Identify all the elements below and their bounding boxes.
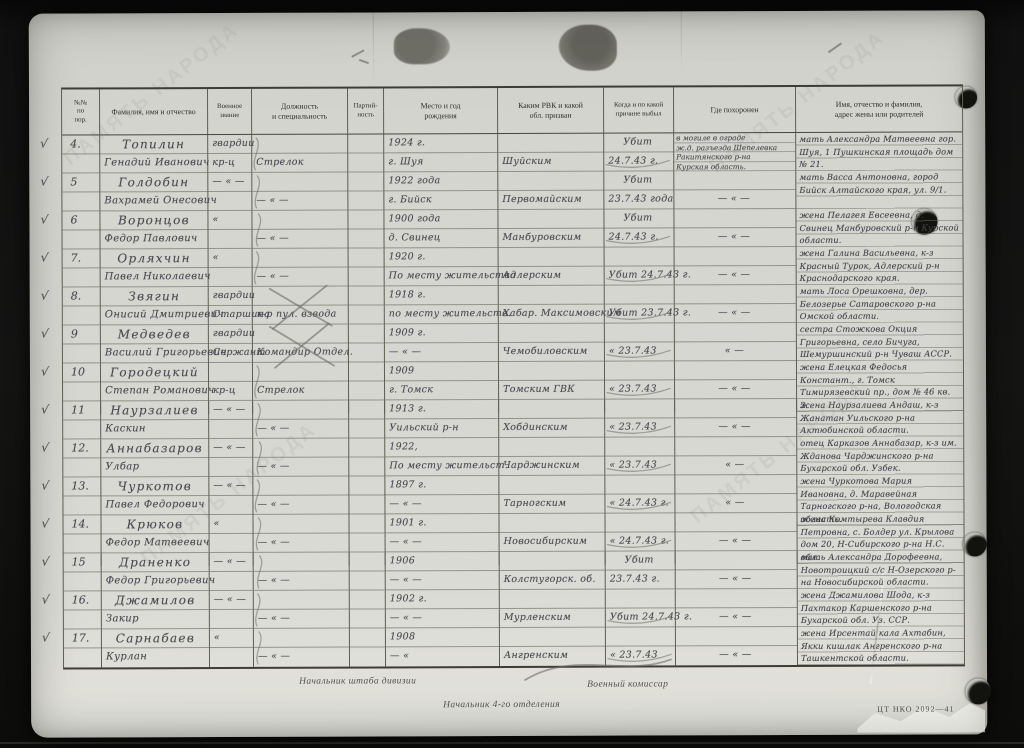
cell-name: ДжамиловЗакир <box>102 591 210 629</box>
surname: Городецкий <box>101 363 208 382</box>
pen-scratch <box>351 49 364 57</box>
rank-line-1: « <box>208 211 251 230</box>
born-place: — « <box>386 647 499 666</box>
born-year: 1922 года <box>384 172 497 191</box>
cell-name: ТопилинГенадий Иванович <box>100 135 208 173</box>
check-mark: √ <box>41 554 50 569</box>
ruled-line <box>500 628 605 647</box>
cell-buried: — « — <box>674 209 796 248</box>
cell-name: ДраненкоФедор Григорьевич <box>102 553 210 591</box>
ruled-line <box>254 629 349 648</box>
check-mark: √ <box>40 250 49 265</box>
rank-line-1: гвардии <box>209 287 252 306</box>
entry-number: 11 <box>63 401 100 420</box>
ruled-line <box>63 496 100 515</box>
ruled-line <box>350 552 385 571</box>
ruled-line <box>676 551 797 570</box>
cell-born: 1902 г.— « — <box>386 590 500 629</box>
header-rank: Военное звание <box>208 89 252 134</box>
buried-ditto: — « — <box>674 228 795 247</box>
ink-blot <box>559 25 617 71</box>
table-row: √14.КрюковФедор Матвеевич«— « —1901 г.— … <box>63 512 963 553</box>
cell-number: 17. <box>64 629 102 667</box>
ruled-line <box>254 553 349 572</box>
surname: Воронцов <box>100 211 207 230</box>
cell-born: 1906— « — <box>386 552 500 591</box>
rank-line-1: « <box>210 629 253 648</box>
ruled-line <box>253 325 348 344</box>
cell-family: мать Васса Антоновна, город Бийск Алтайс… <box>796 170 962 209</box>
cell-when: Убит 24.7.43 г. <box>605 247 675 285</box>
position: — « — <box>254 610 349 629</box>
rank-line-2: Старшина <box>209 306 252 325</box>
cell-rank: « <box>208 211 252 249</box>
losses-table: №№ по пор. Фамилия, имя и отчество Военн… <box>61 84 965 669</box>
ruled-line <box>254 591 349 610</box>
buried-ditto: — « — <box>675 304 796 323</box>
cell-rank: гвардииСтаршина <box>209 287 253 325</box>
signature-chief-4th-dept: Начальник 4-го отделения <box>443 700 560 711</box>
cell-born: 1900 годад. Свинец <box>384 210 498 249</box>
born-place: г. Шуя <box>384 153 497 172</box>
cell-name: СарнабаевКурлан <box>102 629 210 667</box>
born-year: 1906 <box>386 552 499 571</box>
ruled-line <box>350 571 385 590</box>
cell-buried: — « — <box>676 551 798 590</box>
check-mark: √ <box>40 326 49 341</box>
ruled-line <box>499 324 604 343</box>
when-line-2: « 24.7.43 г. <box>605 494 674 513</box>
entry-number: 10 <box>63 363 100 382</box>
given-names: Павел Федорович <box>101 496 208 515</box>
rank-line-2 <box>210 572 253 591</box>
buried-line: Ракитянского р-на <box>674 152 795 162</box>
rank-line-2 <box>210 610 253 629</box>
punch-hole <box>965 678 991 704</box>
cell-rvk: Чарджинским <box>499 438 605 476</box>
ruled-line <box>350 609 385 628</box>
header-when: Когда и по какой причине выбыл <box>604 87 674 132</box>
surname: Чуркотов <box>101 477 208 496</box>
cell-number: 8. <box>63 287 101 325</box>
ruled-line <box>348 153 383 172</box>
buried-line: Курская область. <box>674 161 795 171</box>
given-names: Павел Николаевич <box>101 268 208 287</box>
header-born: Место и год рождения <box>384 88 498 133</box>
ruled-line <box>349 457 384 476</box>
check-mark: √ <box>41 516 50 531</box>
position: Командир Отдел. <box>253 344 348 363</box>
scanner-seam <box>0 742 1024 744</box>
table-row: √10ГородецкийСтепан Романовичкр-цСтрелок… <box>63 360 963 401</box>
rvk: Чемобиловским <box>499 343 604 362</box>
ruled-line <box>676 627 797 646</box>
born-year: 1913 г. <box>385 400 498 419</box>
cell-born: 1913 г.Уильский р-н <box>385 400 499 439</box>
rvk: Тарногским <box>499 495 604 514</box>
ruled-line <box>63 344 100 363</box>
check-mark: √ <box>40 212 49 227</box>
cell-position: — « — <box>254 591 350 629</box>
ruled-line <box>62 230 99 249</box>
cell-party <box>349 324 385 362</box>
family-address: жена Наурзалиева Андаш, к-з Жанатан Уиль… <box>797 398 963 437</box>
ruled-line <box>252 135 347 154</box>
given-names: Василий Григорьевич <box>101 344 208 363</box>
when-line-2: « 24.7.43 г. <box>606 532 675 551</box>
ruled-line <box>348 191 383 210</box>
document-page: ПАМЯТЬ НАРОДА ПАМЯТЬ НАРОДА ПАМЯТЬ НАРОД… <box>29 10 988 737</box>
position: — « — <box>253 496 348 515</box>
cell-name: АннабазаровУлбар <box>101 439 209 477</box>
ruled-line <box>63 420 100 439</box>
born-year: 1902 г. <box>386 590 499 609</box>
given-names: Вахрамей Онесович <box>100 192 207 211</box>
cell-name: ГолдобинВахрамей Онесович <box>100 173 208 211</box>
born-place: г. Томск <box>385 381 498 400</box>
cell-number: 15 <box>64 553 102 591</box>
check-mark: √ <box>40 478 49 493</box>
cell-family: жена Джамилова Шода, к-з Пахтакор Каршен… <box>798 588 964 627</box>
rank-line-2 <box>208 192 251 211</box>
when-line-2: « 23.7.43 <box>605 342 674 361</box>
cell-when: « 23.7.43 <box>605 437 675 475</box>
rank-line-2 <box>209 496 252 515</box>
header-buried: Где похоронен <box>674 87 796 132</box>
ruled-line <box>253 477 348 496</box>
table-row: √15ДраненкоФедор Григорьевич— « —— « —19… <box>64 550 964 591</box>
table-row: √11НаурзалиевКаскин— « —— « —1913 г.Уиль… <box>63 398 963 439</box>
rvk: Первомайским <box>498 191 603 210</box>
born-year: 1909 <box>385 362 498 381</box>
surname: Драненко <box>102 553 209 572</box>
ruled-line <box>349 305 384 324</box>
ruled-line <box>348 210 383 229</box>
ruled-line <box>64 648 101 667</box>
ruled-line <box>62 192 99 211</box>
ruled-line <box>62 154 99 173</box>
cell-born: 1922 годаг. Бийск <box>384 172 498 210</box>
ruled-line <box>63 268 100 287</box>
ruled-line <box>349 381 384 400</box>
scanner-background: ПАМЯТЬ НАРОДА ПАМЯТЬ НАРОДА ПАМЯТЬ НАРОД… <box>0 0 1024 748</box>
ruled-line <box>349 476 384 495</box>
table-row: √8.ЗвягинОнисий ДмитриевичгвардииСтаршин… <box>63 284 963 325</box>
ruled-line <box>499 476 604 495</box>
cell-buried: — « — <box>676 589 798 628</box>
cell-buried: — « — <box>676 627 798 666</box>
rank-line-2 <box>210 534 253 553</box>
buried-ditto: — « — <box>675 418 796 437</box>
when-line-1 <box>605 285 674 304</box>
ruled-line <box>499 248 604 267</box>
entry-number: 9 <box>63 325 100 344</box>
cell-position: — « — <box>253 401 349 439</box>
header-rvk: Каким РВК и какой обл. призван <box>498 88 604 133</box>
given-names: Улбар <box>101 458 208 477</box>
cell-rank: — « — <box>210 553 254 591</box>
cell-family: жена Наурзалиева Андаш, к-з Жанатан Уиль… <box>797 398 963 437</box>
ruled-line <box>675 437 796 456</box>
ruled-line <box>675 513 796 532</box>
rank-line-2 <box>210 648 253 667</box>
when-line-2: Убит 24.7.43 г. <box>605 266 674 285</box>
ruled-line <box>63 382 100 401</box>
cell-number: 7. <box>63 249 101 287</box>
table-row: √13.ЧуркотовПавел Федорович— « —— « —189… <box>63 474 963 515</box>
cell-born: 1918 г.по месту жительств. <box>385 286 499 325</box>
surname: Джамилов <box>102 591 209 610</box>
position: — « — <box>254 572 349 591</box>
ruled-line <box>350 628 385 647</box>
position: Стрелок <box>252 154 347 173</box>
rvk: Шуйским <box>498 153 603 172</box>
buried-line: в могиле в ограде <box>674 133 795 143</box>
cell-rank: гвардиикр-ц <box>208 135 252 173</box>
ruled-line <box>253 401 348 420</box>
form-imprint: ЦТ НКО 2092—41 <box>877 704 954 713</box>
fold-crease <box>681 11 682 71</box>
born-year: 1920 г. <box>385 248 498 267</box>
cell-position: — « — <box>253 439 349 477</box>
cell-party <box>349 286 385 324</box>
family-address: жена Галина Васильевна, к-з Красный Туро… <box>797 246 963 285</box>
cell-rvk: Колстугорск. об. <box>500 552 606 590</box>
given-names: Генадий Иванович <box>100 154 207 173</box>
ruled-line <box>499 362 604 381</box>
entry-number: 5 <box>62 173 99 192</box>
cell-rvk: Хабар. Максимовским <box>499 286 605 324</box>
cell-when: « 23.7.43 <box>605 399 675 437</box>
ruled-line <box>253 287 348 306</box>
rank-line-2 <box>209 458 252 477</box>
position: — « — <box>253 420 348 439</box>
given-names: Курлан <box>102 648 209 667</box>
cell-rank: — « — <box>210 591 254 629</box>
born-place: г. Бийск <box>384 191 497 210</box>
table-row: √5ГолдобинВахрамей Онесович— « —— « —192… <box>62 170 962 211</box>
entry-number: 6 <box>62 211 99 230</box>
cell-rank: — « — <box>209 401 253 439</box>
born-year: 1918 г. <box>385 286 498 305</box>
table-row: √4.ТопилинГенадий Ивановичгвардиикр-цСтр… <box>62 132 962 173</box>
cell-when: « 23.7.43 <box>605 323 675 361</box>
cell-number: 12. <box>63 439 101 477</box>
ruled-line <box>349 248 384 267</box>
when-line-1 <box>606 589 675 608</box>
ruled-line <box>349 400 384 419</box>
position: — « — <box>253 268 348 287</box>
ruled-line <box>63 306 100 325</box>
ruled-line <box>350 533 385 552</box>
entry-number: 17. <box>64 629 101 648</box>
rank-line-1: гвардии <box>209 325 252 344</box>
rank-line-2 <box>209 420 252 439</box>
cell-family: мать Александра Дорофеевна, Новотроицкий… <box>798 550 964 589</box>
cell-position: — « — <box>254 629 350 667</box>
family-address: жена Джамилова Шода, к-з Пахтакор Каршен… <box>798 588 964 627</box>
cell-number: 6 <box>62 211 100 249</box>
given-names: Закир <box>102 610 209 629</box>
table-row: √17.СарнабаевКурлан«— « —1908— «Ангренск… <box>64 626 964 667</box>
ruled-line <box>350 590 385 609</box>
ruled-line <box>676 589 797 608</box>
cell-family: жена Пелагея Евсеевна, д. Свинец Манбуро… <box>796 208 962 247</box>
when-line-1: Убит <box>606 551 675 570</box>
born-place: — « — <box>386 533 499 552</box>
cell-buried: « — <box>675 323 797 362</box>
cell-name: ОрляхчинПавел Николаевич <box>101 249 209 287</box>
cell-rank: гвардииСержант <box>209 325 253 363</box>
buried-ditto: — « — <box>675 380 796 399</box>
buried-ditto: — « — <box>674 190 795 209</box>
cell-number: 9 <box>63 325 101 363</box>
ruled-line <box>675 285 796 304</box>
ruled-line <box>498 134 603 153</box>
when-line-2: « 23.7.43 <box>606 646 675 665</box>
rvk: Чарджинским <box>499 457 604 476</box>
when-line-2: 23.7.43 г. <box>606 570 675 589</box>
when-line-2: Убит 24.7.43 г. <box>606 608 675 627</box>
born-place: д. Свинец <box>384 229 497 248</box>
position: — « — <box>253 458 348 477</box>
cell-family: жена Ирсентай кала Ахтабин, Якки кишлак … <box>798 626 964 665</box>
born-year: 1901 г. <box>385 514 498 533</box>
cell-party <box>350 590 386 628</box>
when-line-1 <box>605 361 674 380</box>
rank-line-1: « <box>209 515 252 534</box>
family-address: сестра Стожкова Окция Григорьевна, село … <box>797 322 963 361</box>
ruled-line <box>64 534 101 553</box>
family-address: отец Карказов Аннабазар, к-з им. Жданова… <box>797 436 963 475</box>
table-header-row: №№ по пор. Фамилия, имя и отчество Военн… <box>62 86 962 135</box>
family-address: жена Ирсентай кала Ахтабин, Якки кишлак … <box>798 626 964 665</box>
rank-line-2: кр-ц <box>209 382 252 401</box>
born-place: — « — <box>386 609 499 628</box>
ruled-line <box>498 172 603 191</box>
ruled-line <box>675 247 796 266</box>
cell-number: 5 <box>62 173 100 211</box>
when-line-1: Убит <box>604 209 673 228</box>
rank-line-2: кр-ц <box>208 154 251 173</box>
entry-number: 15 <box>64 553 101 572</box>
born-place: По месту жительст. <box>385 457 498 476</box>
ruled-line <box>349 267 384 286</box>
born-place: — « — <box>386 571 499 590</box>
check-mark: √ <box>40 288 49 303</box>
ruled-line <box>675 361 796 380</box>
rank-line-1: — « — <box>210 553 253 572</box>
cell-name: МедведевВасилий Григорьевич <box>101 325 209 363</box>
rank-line-1: — « — <box>210 591 253 610</box>
when-line-1 <box>605 437 674 456</box>
cell-buried: — « — <box>675 399 797 438</box>
when-line-2: Убит 23.7.43 г. <box>605 304 674 323</box>
family-address: мать Лоса Орешковна, дер. Белозерье Сата… <box>797 284 963 323</box>
rvk: Мурленским <box>500 609 605 628</box>
cell-position: к-р пул. взвода <box>253 287 349 325</box>
surname: Сарнабаев <box>102 629 209 648</box>
ruled-line <box>499 514 604 533</box>
ruled-line <box>498 210 603 229</box>
ruled-line <box>349 343 384 362</box>
ruled-line <box>253 515 348 534</box>
cell-rvk: Чемобиловским <box>499 324 605 362</box>
ruled-line <box>348 229 383 248</box>
ruled-line <box>64 610 101 629</box>
fold-crease <box>373 12 374 84</box>
punch-hole <box>963 532 987 556</box>
cell-family: сестра Стожкова Окция Григорьевна, село … <box>797 322 963 361</box>
cell-name: ВоронцовФедор Павлович <box>100 211 208 249</box>
header-party: Партий- ность <box>348 88 384 133</box>
position: к-р пул. взвода <box>253 306 348 325</box>
buried-ditto: — « — <box>676 570 797 589</box>
ruled-line <box>349 286 384 305</box>
entry-number: 12. <box>63 439 100 458</box>
cell-rvk: Ангренским <box>500 628 606 666</box>
cell-buried: « — <box>675 437 797 476</box>
rvk: Адлерским <box>499 267 604 286</box>
cell-when: Убит23.7.43 г. <box>606 551 676 589</box>
cell-party <box>349 400 385 438</box>
cell-when: Убит24.7.43 г. <box>604 133 674 171</box>
rank-line-2 <box>208 230 251 249</box>
buried-ditto: — « — <box>676 532 797 551</box>
cell-family: мать Лоса Орешковна, дер. Белозерье Сата… <box>797 284 963 323</box>
family-address: жена Пелагея Евсеевна, д. Свинец Манбуро… <box>796 208 962 247</box>
cell-name: ЗвягинОнисий Дмитриевич <box>101 287 209 325</box>
buried-ditto: — « — <box>675 266 796 285</box>
cell-rvk: Манбуровским <box>498 210 604 248</box>
check-mark: √ <box>40 402 49 417</box>
surname: Аннабазаров <box>101 439 208 458</box>
cell-party <box>348 134 384 172</box>
when-line-1 <box>605 513 674 532</box>
ruled-line <box>64 572 101 591</box>
cell-party <box>349 438 385 476</box>
buried-ditto: — « — <box>676 608 797 627</box>
check-mark: √ <box>40 440 49 455</box>
cell-name: НаурзалиевКаскин <box>101 401 209 439</box>
born-place: — « — <box>385 495 498 514</box>
when-line-2: « 23.7.43 <box>605 380 674 399</box>
when-line-1 <box>605 323 674 342</box>
cell-family: жена Галина Васильевна, к-з Красный Туро… <box>797 246 963 285</box>
given-names: Федор Григорьевич <box>102 572 209 591</box>
cell-born: 1908— « <box>386 628 500 667</box>
rvk: Ангренским <box>500 647 605 666</box>
ruled-line <box>499 438 604 457</box>
cell-born: 1909 г.— « — <box>385 324 499 363</box>
cell-party <box>350 628 386 666</box>
signature-chief-of-staff: Начальник штаба дивизии <box>299 676 416 687</box>
ruled-line <box>348 134 383 153</box>
cell-family: отец Карказов Аннабазар, к-з им. Жданова… <box>797 436 963 475</box>
cell-rank: « <box>210 629 254 667</box>
position: — « — <box>252 192 347 211</box>
rank-line-1: — « — <box>209 401 252 420</box>
cell-born: 1922,По месту жительст. <box>385 438 499 477</box>
position: — « — <box>254 648 349 667</box>
when-line-1 <box>606 627 675 646</box>
ruled-line <box>499 400 604 419</box>
surname: Орляхчин <box>101 249 208 268</box>
cell-rvk: Хобдинским <box>499 400 605 438</box>
entry-number: 8. <box>63 287 100 306</box>
born-year: 1897 г. <box>385 476 498 495</box>
cell-position: — « — <box>252 173 348 211</box>
